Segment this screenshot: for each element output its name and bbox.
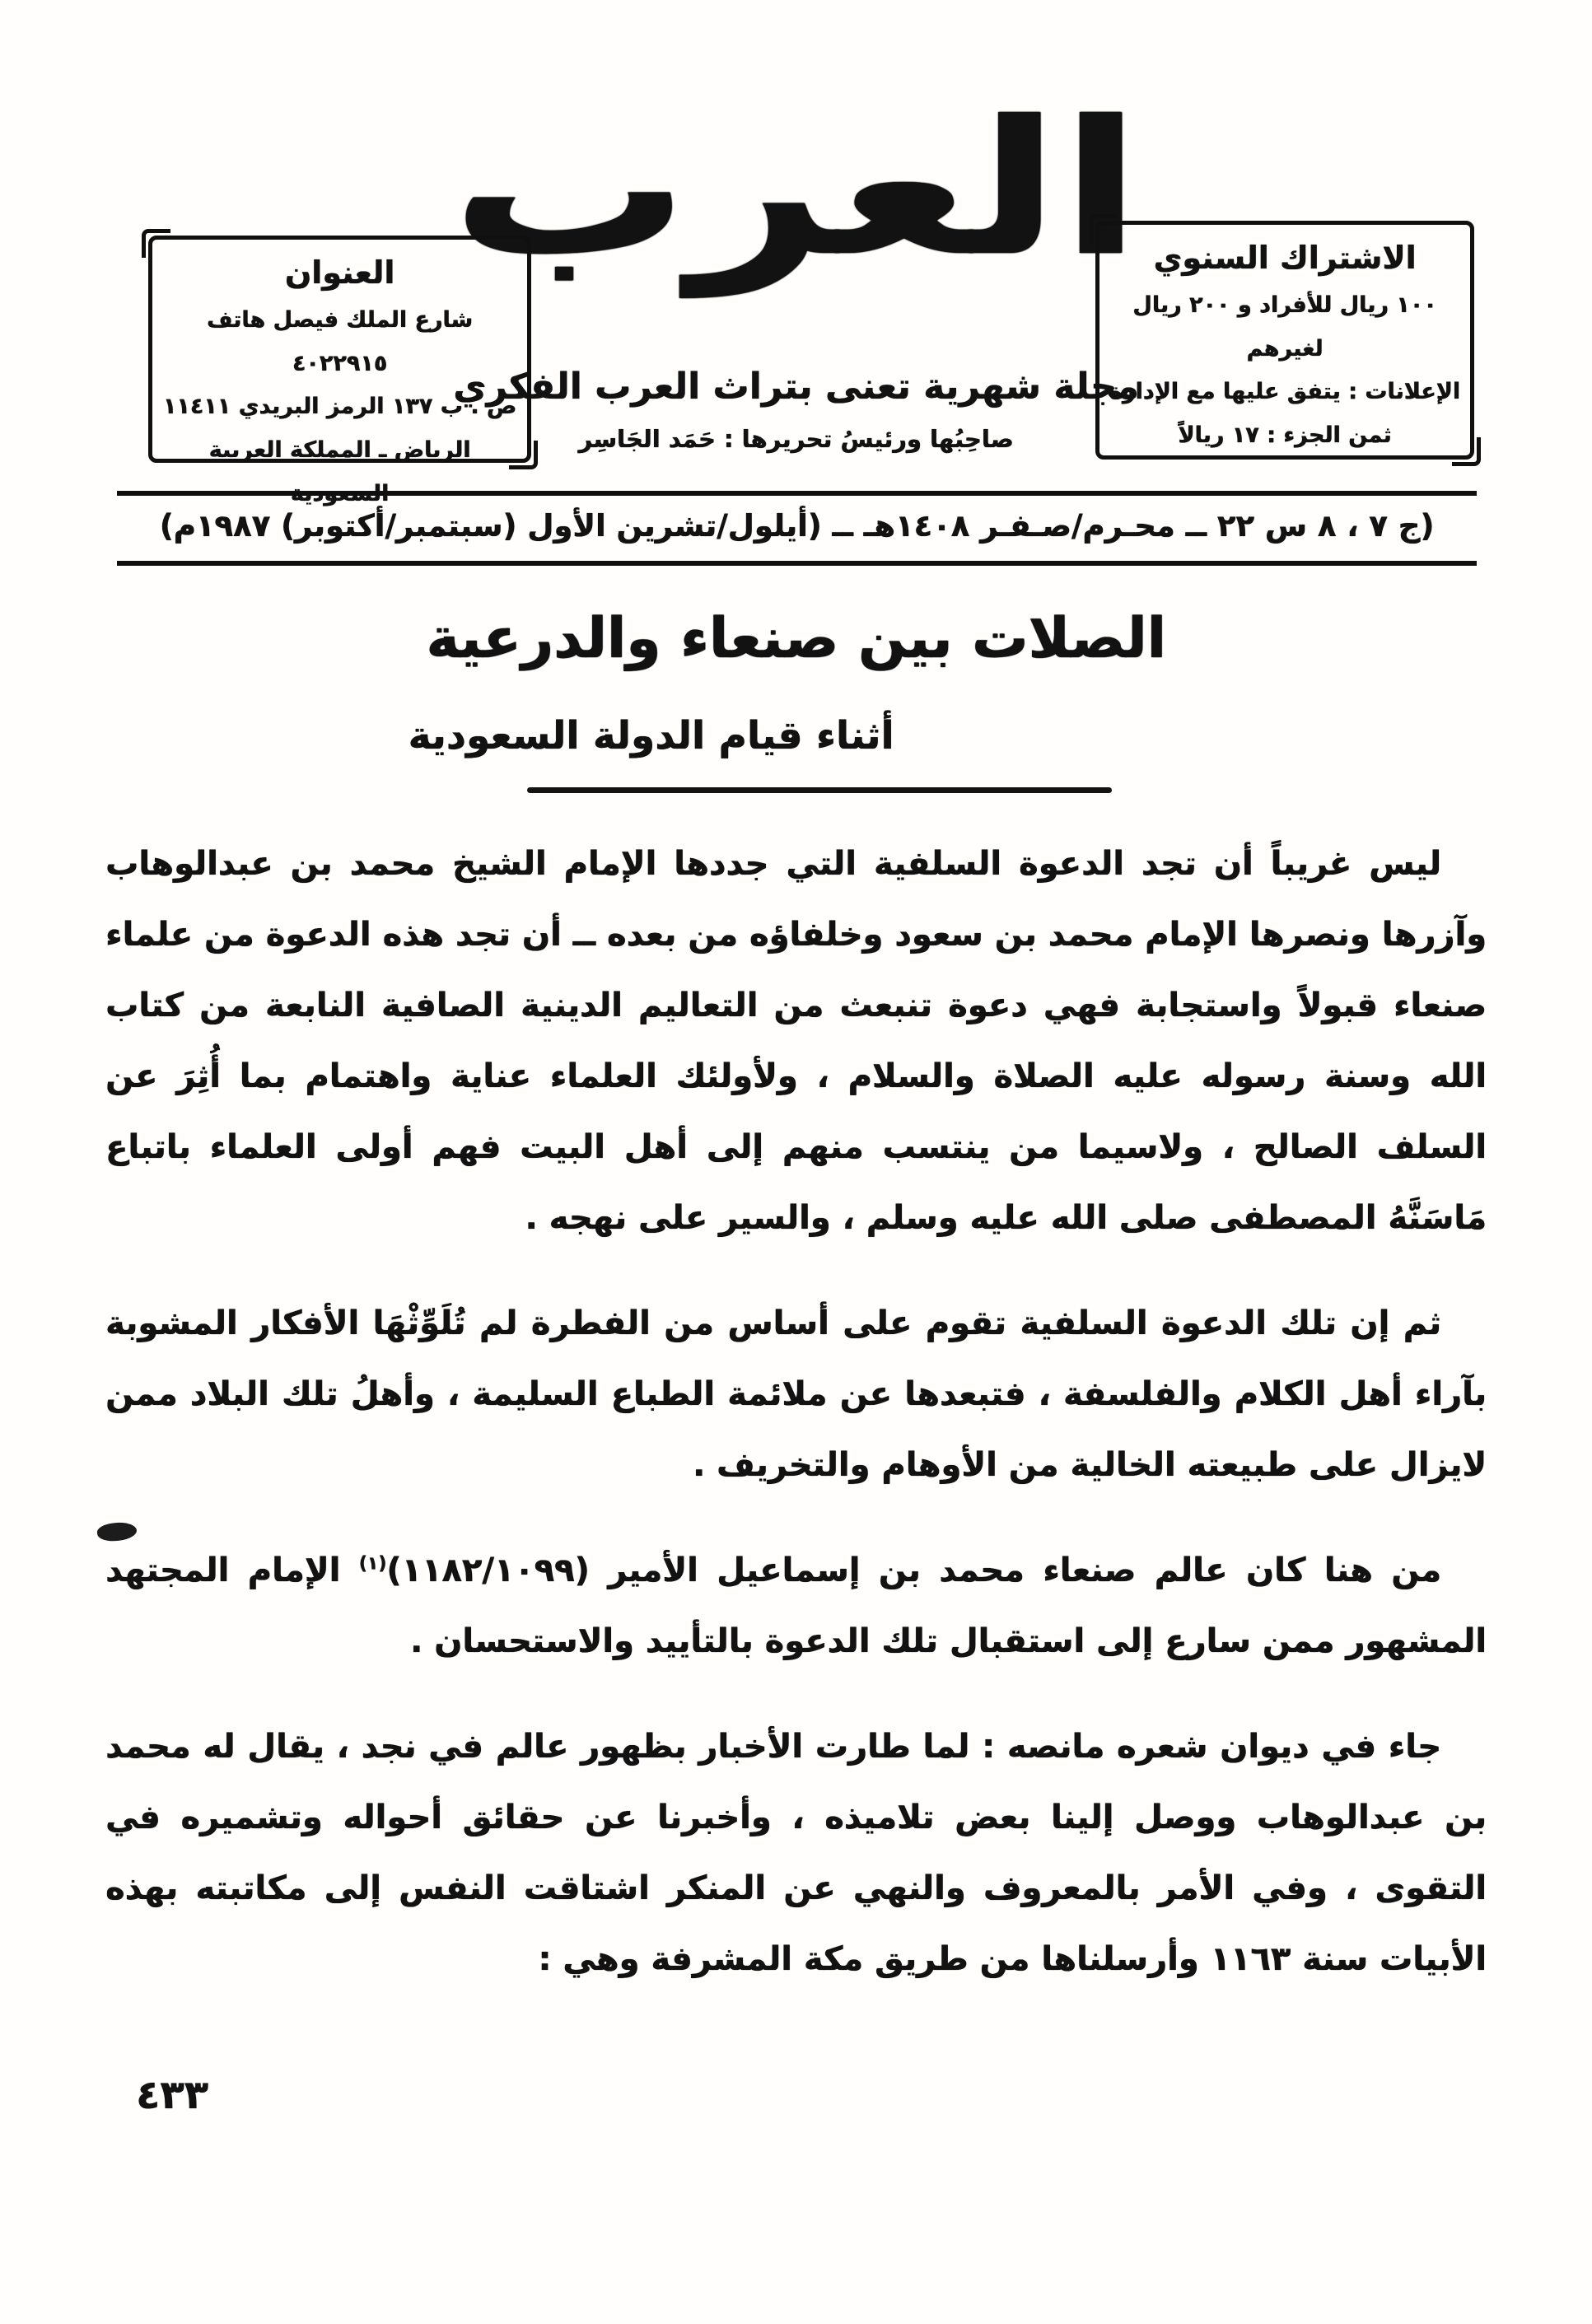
address-box-title: العنوان [162,254,517,291]
page-number: ٤٣٣ [136,2072,208,2118]
subscription-line: الإعلانات : يتفق عليها مع الإدارة [1109,371,1460,414]
issue-bar: (ج ٧ ، ٨ س ٢٢ ــ محـرم/صـفـر ١٤٠٨هـ ــ (… [117,491,1477,566]
subscription-line: ثمن الجزء : ١٧ ريالاً [1109,414,1460,458]
article-body: ليس غريباً أن تجد الدعوة السلفية التي جد… [105,828,1487,1995]
address-box: العنوان شارع الملك فيصل هاتف ٤٠٢٢٩١٥ ص .… [148,236,531,463]
paragraph: جاء في ديوان شعره مانصه : لما طارت الأخب… [105,1711,1487,1995]
masthead-title-text: العرب [451,97,1141,282]
article-title: الصلات بين صنعاء والدرعية [0,606,1592,671]
subscription-box: الاشتراك السنوي ١٠٠ ريال للأفراد و ٢٠٠ ر… [1095,221,1474,460]
paragraph: من هنا كان عالم صنعاء محمد بن إسماعيل ال… [105,1535,1487,1677]
footnote-ref: (١) [359,1554,387,1575]
magazine-page: العرب مجلة شهرية تعنى بتراث العرب الفكري… [0,0,1592,2324]
subscription-box-title: الاشتراك السنوي [1109,240,1460,276]
paragraph: ليس غريباً أن تجد الدعوة السلفية التي جد… [105,828,1487,1253]
subscription-line: ١٠٠ ريال للأفراد و ٢٠٠ ريال لغيرهم [1109,284,1460,371]
paragraph: ثم إن تلك الدعوة السلفية تقوم على أساس م… [105,1288,1487,1500]
issue-text: (ج ٧ ، ٨ س ٢٢ ــ محـرم/صـفـر ١٤٠٨هـ ــ (… [160,508,1434,544]
address-line: ص . ب ١٣٧ الرمز البريدي ١١٤١١ [162,385,517,429]
address-line: شارع الملك فيصل هاتف ٤٠٢٢٩١٥ [162,299,517,385]
subtitle-underline [527,787,1112,793]
article-subtitle: أثناء قيام الدولة السعودية [0,713,1447,758]
